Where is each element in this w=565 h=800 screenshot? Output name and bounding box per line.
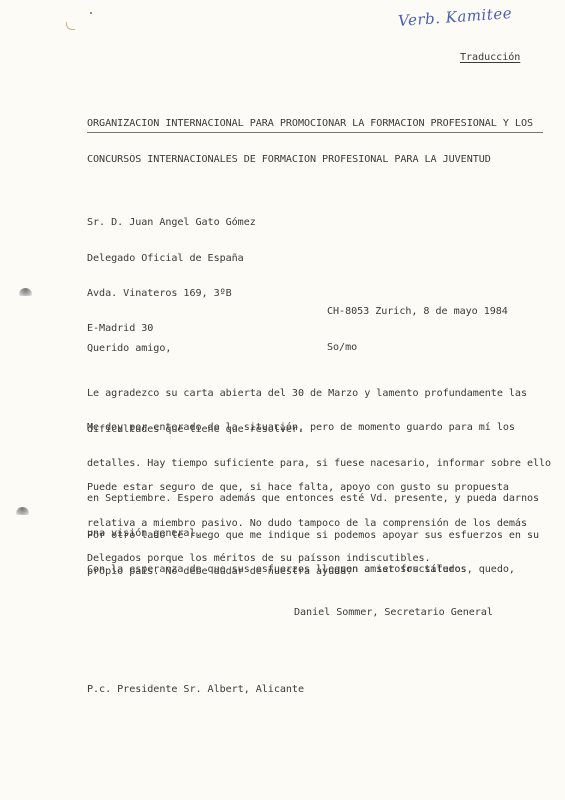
recipient-address: Sr. D. Juan Angel Gato Gómez Delegado Of… [87,194,256,358]
paper-mark [66,22,75,30]
punch-hole [16,507,29,515]
closing: con amistosos saludos [340,564,467,576]
handwritten-note: Verb. Kamitee [398,4,513,30]
dateline: CH-8053 Zurich, 8 de mayo 1984 So/mo [327,283,508,377]
punch-hole [19,288,32,296]
recipient-city: E-Madrid 30 [87,323,256,335]
letter-page: Verb. Kamitee Traducción ORGANIZACION IN… [0,0,565,800]
signature: Daniel Sommer, Secretario General [294,607,493,619]
greeting: Querido amigo, [87,343,171,355]
reference-initials: So/mo [327,342,508,354]
recipient-title: Delegado Oficial de España [87,253,256,265]
organization-line: ORGANIZACION INTERNACIONAL PARA PROMOCIO… [87,118,533,130]
place-date: CH-8053 Zurich, 8 de mayo 1984 [327,306,508,318]
paragraph-line: Puede estar seguro de que, si hace falta… [87,482,527,494]
paper-speck [90,12,92,14]
recipient-street: Avda. Vinateros 169, 3ºB [87,288,256,300]
organization-line: CONCURSOS INTERNACIONALES DE FORMACION P… [87,154,533,166]
organization-header: ORGANIZACION INTERNACIONAL PARA PROMOCIO… [87,95,533,189]
carbon-copy: P.c. Presidente Sr. Albert, Alicante [87,684,304,696]
paragraph-line: Me doy por enterado de la situación, per… [87,422,551,434]
translation-label: Traducción [460,52,520,64]
recipient-name: Sr. D. Juan Angel Gato Gómez [87,217,256,229]
header-divider [87,132,543,133]
